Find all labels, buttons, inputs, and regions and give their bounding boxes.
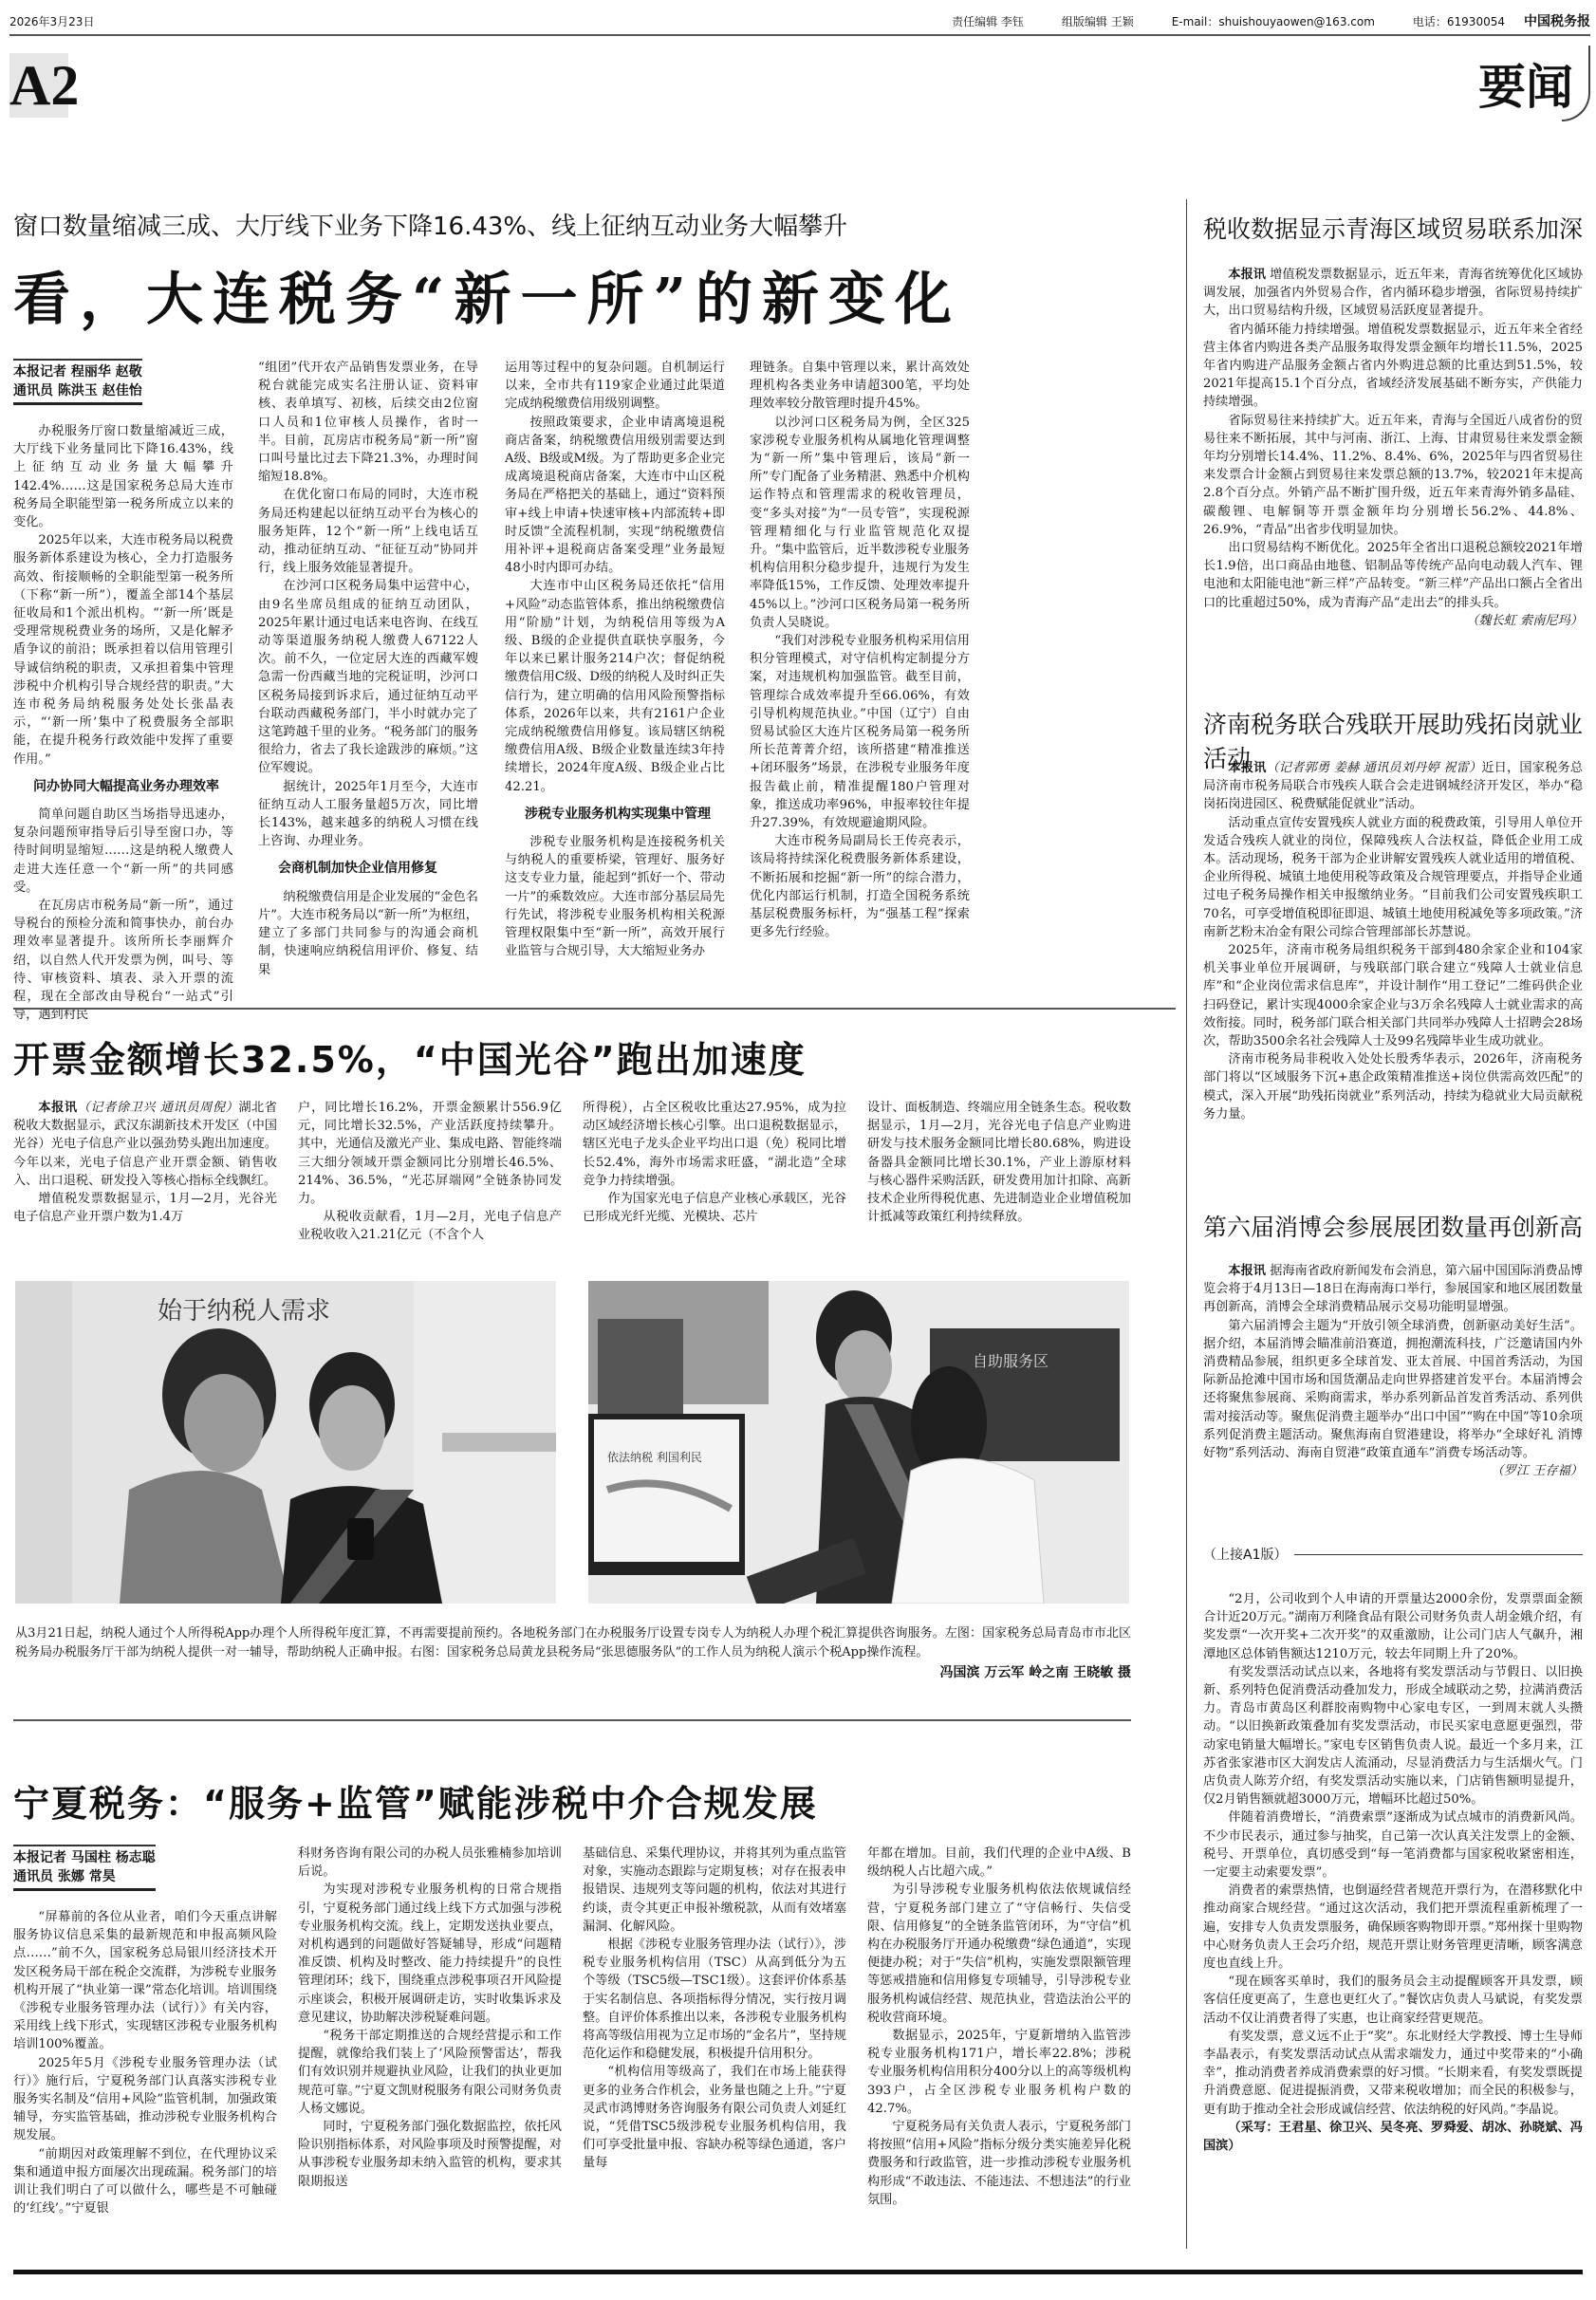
article1-kicker: 窗口数量缩减三成、大厅线下业务下降16.43%、线上征纳互动业务大幅攀升 [13,207,847,242]
article2-col2: 户，同比增长16.2%，开票金额累计556.9亿元，同比增长32.5%，产业活跃… [298,1099,562,1245]
article1-subhead1: 问办协同大幅提高业务办理效率 [13,778,233,796]
responsible-editor: 责任编辑 李钰 [952,13,1024,29]
article2-col1: 本报讯（记者徐卫兴 通讯员周倪）湖北省税收大数据显示，武汉东湖新技术开发区（中国… [13,1099,277,1226]
article-divider [13,1719,1131,1721]
article1-col1: 本报记者 程丽华 赵敬 通讯员 陈洪玉 赵佳怡 办税服务厅窗口数量缩减近三成，大… [13,359,233,1025]
photo-left-image: 始于纳税人需求 [15,1281,556,1604]
svg-text:始于纳税人需求: 始于纳税人需求 [158,1297,330,1326]
photo-credit: 冯国滨 万云军 岭之南 王晓敏 摄 [15,1662,1131,1681]
article3-col1: 本报记者 马国柱 杨志聪 通讯员 张娜 常昊 “屏幕前的各位从业者，咱们今天重点… [13,1845,277,2217]
article3-col4: 年都在增加。目前，我们代理的企业中A级、B级纳税人占比超六成。” 为引导涉税专业… [867,1845,1131,2209]
article1-headline[interactable]: 看，大连税务“新一所”的新变化 [13,254,961,336]
section-ornament [1562,46,1590,121]
svg-text:依法纳税 利国利民: 依法纳税 利国利民 [607,1450,702,1464]
contact-email[interactable]: E-mail：shuishouyaowen@163.com [1172,13,1375,29]
page-bottom-rule [13,2270,1583,2274]
side1-headline[interactable]: 税收数据显示青海区域贸易联系加深 [1203,211,1588,245]
article1-col2: “组团”代开农产品销售发票业务，在导税台就能完成实名注册认证、资料审核、表单填写… [258,359,478,979]
side2-body: 本报讯（记者郭勇 姜赫 通讯员刘丹婷 祝雷）近日，国家税务总局济南市税务局联合市… [1203,759,1583,1123]
article1-subhead2: 会商机制加快企业信用修复 [258,860,478,878]
newspaper-name: 中国税务报 [1524,11,1590,30]
continued-from-a1[interactable]: （上接A1版） [1203,1545,1583,1564]
layout-editor: 组版编辑 王颖 [1062,13,1134,29]
article1-byline: 本报记者 程丽华 赵敬 通讯员 陈洪玉 赵佳怡 [13,359,142,405]
article3-byline: 本报记者 马国柱 杨志聪 通讯员 张娜 常昊 [13,1845,156,1891]
article2-headline[interactable]: 开票金额增长32.5%，“中国光谷”跑出加速度 [13,1030,807,1083]
photo-right[interactable]: 自助服务区 依法纳税 利国利民 [588,1281,1129,1604]
article2-col4: 设计、面板制造、终端应用全链条生态。税收数据显示，1月—2月，光谷光电子信息产业… [867,1099,1131,1226]
side1-body: 本报讯 增值税发票数据显示，近五年来，青海省统筹优化区域协调发展，加强省内外贸易… [1203,266,1583,630]
page-number: A2 [9,53,68,118]
side3-headline[interactable]: 第六届消博会参展展团数量再创新高 [1203,1209,1588,1243]
article-divider [13,1008,1176,1010]
section-title: 要闻 [1478,49,1573,118]
side3-body: 本报讯 据海南省政府新闻发布会消息，第六届中国国际消费品博览会将于4月13日—1… [1203,1262,1583,1480]
photo-caption: 从3月21日起，纳税人通过个人所得税App办理个人所得税年度汇算，不再需要提前预… [15,1624,1131,1662]
contact-phone: 电话：61930054 [1413,13,1505,29]
article3-col3: 基础信息、采集代理协议，并将其列为重点监管对象，实施动态跟踪与定期复核；对存在报… [583,1845,846,2173]
photo-right-image: 自助服务区 依法纳税 利国利民 [588,1281,1129,1604]
page-header: 2026年3月23日 责任编辑 李钰 组版编辑 王颖 E-mail：shuish… [9,8,1590,36]
article3-headline[interactable]: 宁夏税务：“服务+监管”赋能涉税中介合规发展 [13,1774,818,1827]
article1-subhead3: 涉税专业服务机构实现集中管理 [505,806,725,824]
issue-date: 2026年3月23日 [9,13,94,29]
article3-col2: 科财务咨询有限公司的办税人员张雅楠参加培训后说。 为实现对涉税专业服务机构的日常… [298,1845,562,2191]
article2-col3: 所得税），占全区税收比重达27.95%，成为拉动区域经济增长核心引擎。出口退税数… [583,1099,846,1226]
photo-left[interactable]: 始于纳税人需求 [15,1281,556,1604]
side4-body: “2月，公司收到个人申请的开票量达2000余份，发票票面金额合计近20万元。”湖… [1203,1590,1583,2155]
column-divider [1186,199,1187,2249]
article1-col3: 运用等过程中的复杂问题。自机制运行以来，全市共有119家企业通过此渠道完成纳税缴… [505,359,725,961]
article1-col4: 理链条。自集中管理以来，累计高效处理机构各类业务申请超300笔，平均处理效率较分… [750,359,970,942]
svg-text:自助服务区: 自助服务区 [973,1352,1049,1370]
